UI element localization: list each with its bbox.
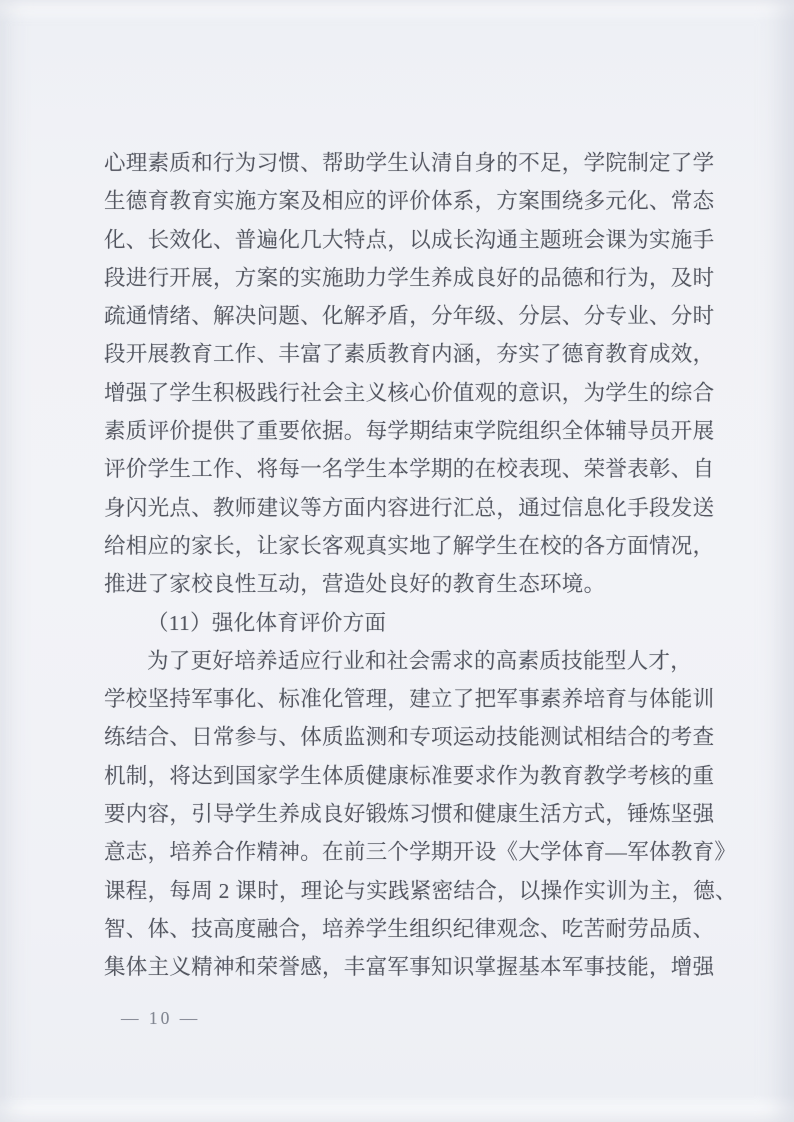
text-line: 评价学生工作、将每一名学生本学期的在校表现、荣誉表彰、自 — [104, 450, 700, 488]
section-heading: （11）强化体育评价方面 — [104, 604, 700, 642]
text-line: 推进了家校良性互动，营造处良好的教育生态环境。 — [104, 565, 700, 603]
text-line: 段进行开展，方案的实施助力学生养成良好的品德和行为，及时 — [104, 259, 700, 297]
document-text-block: 心理素质和行为习惯、帮助学生认清自身的不足，学院制定了学 生德育教育实施方案及相… — [104, 144, 700, 987]
text-line: 集体主义精神和荣誉感，丰富军事知识掌握基本军事技能，增强 — [104, 948, 700, 986]
text-line: 机制，将达到国家学生体质健康标准要求作为教育教学考核的重 — [104, 757, 700, 795]
text-line: 心理素质和行为习惯、帮助学生认清自身的不足，学院制定了学 — [104, 144, 700, 182]
text-line: 意志，培养合作精神。在前三个学期开设《大学体育—军体教育》 — [104, 833, 700, 871]
text-line: 化、长效化、普遍化几大特点，以成长沟通主题班会课为实施手 — [104, 221, 700, 259]
text-line: 生德育教育实施方案及相应的评价体系，方案围绕多元化、常态 — [104, 182, 700, 220]
text-line: 疏通情绪、解决问题、化解矛盾，分年级、分层、分专业、分时 — [104, 297, 700, 335]
text-line: 学校坚持军事化、标准化管理，建立了把军事素养培育与体能训 — [104, 680, 700, 718]
page-number: — 10 — — [121, 1008, 200, 1029]
text-line: 练结合、日常参与、体质监测和专项运动技能测试相结合的考查 — [104, 718, 700, 756]
text-line: 为了更好培养适应行业和社会需求的高素质技能型人才， — [104, 642, 700, 680]
text-line: 课程，每周 2 课时，理论与实践紧密结合，以操作实训为主，德、 — [104, 872, 700, 910]
text-line: 段开展教育工作、丰富了素质教育内涵，夯实了德育教育成效， — [104, 335, 700, 373]
text-line: 素质评价提供了重要依据。每学期结束学院组织全体辅导员开展 — [104, 412, 700, 450]
text-line: 增强了学生积极践行社会主义核心价值观的意识，为学生的综合 — [104, 374, 700, 412]
scanned-document-page: 心理素质和行为习惯、帮助学生认清自身的不足，学院制定了学 生德育教育实施方案及相… — [0, 0, 794, 1122]
text-line: 给相应的家长，让家长客观真实地了解学生在校的各方面情况， — [104, 527, 700, 565]
text-line: 智、体、技高度融合，培养学生组织纪律观念、吃苦耐劳品质、 — [104, 910, 700, 948]
text-line: 要内容，引导学生养成良好锻炼习惯和健康生活方式，锤炼坚强 — [104, 795, 700, 833]
text-line: 身闪光点、教师建议等方面内容进行汇总，通过信息化手段发送 — [104, 489, 700, 527]
